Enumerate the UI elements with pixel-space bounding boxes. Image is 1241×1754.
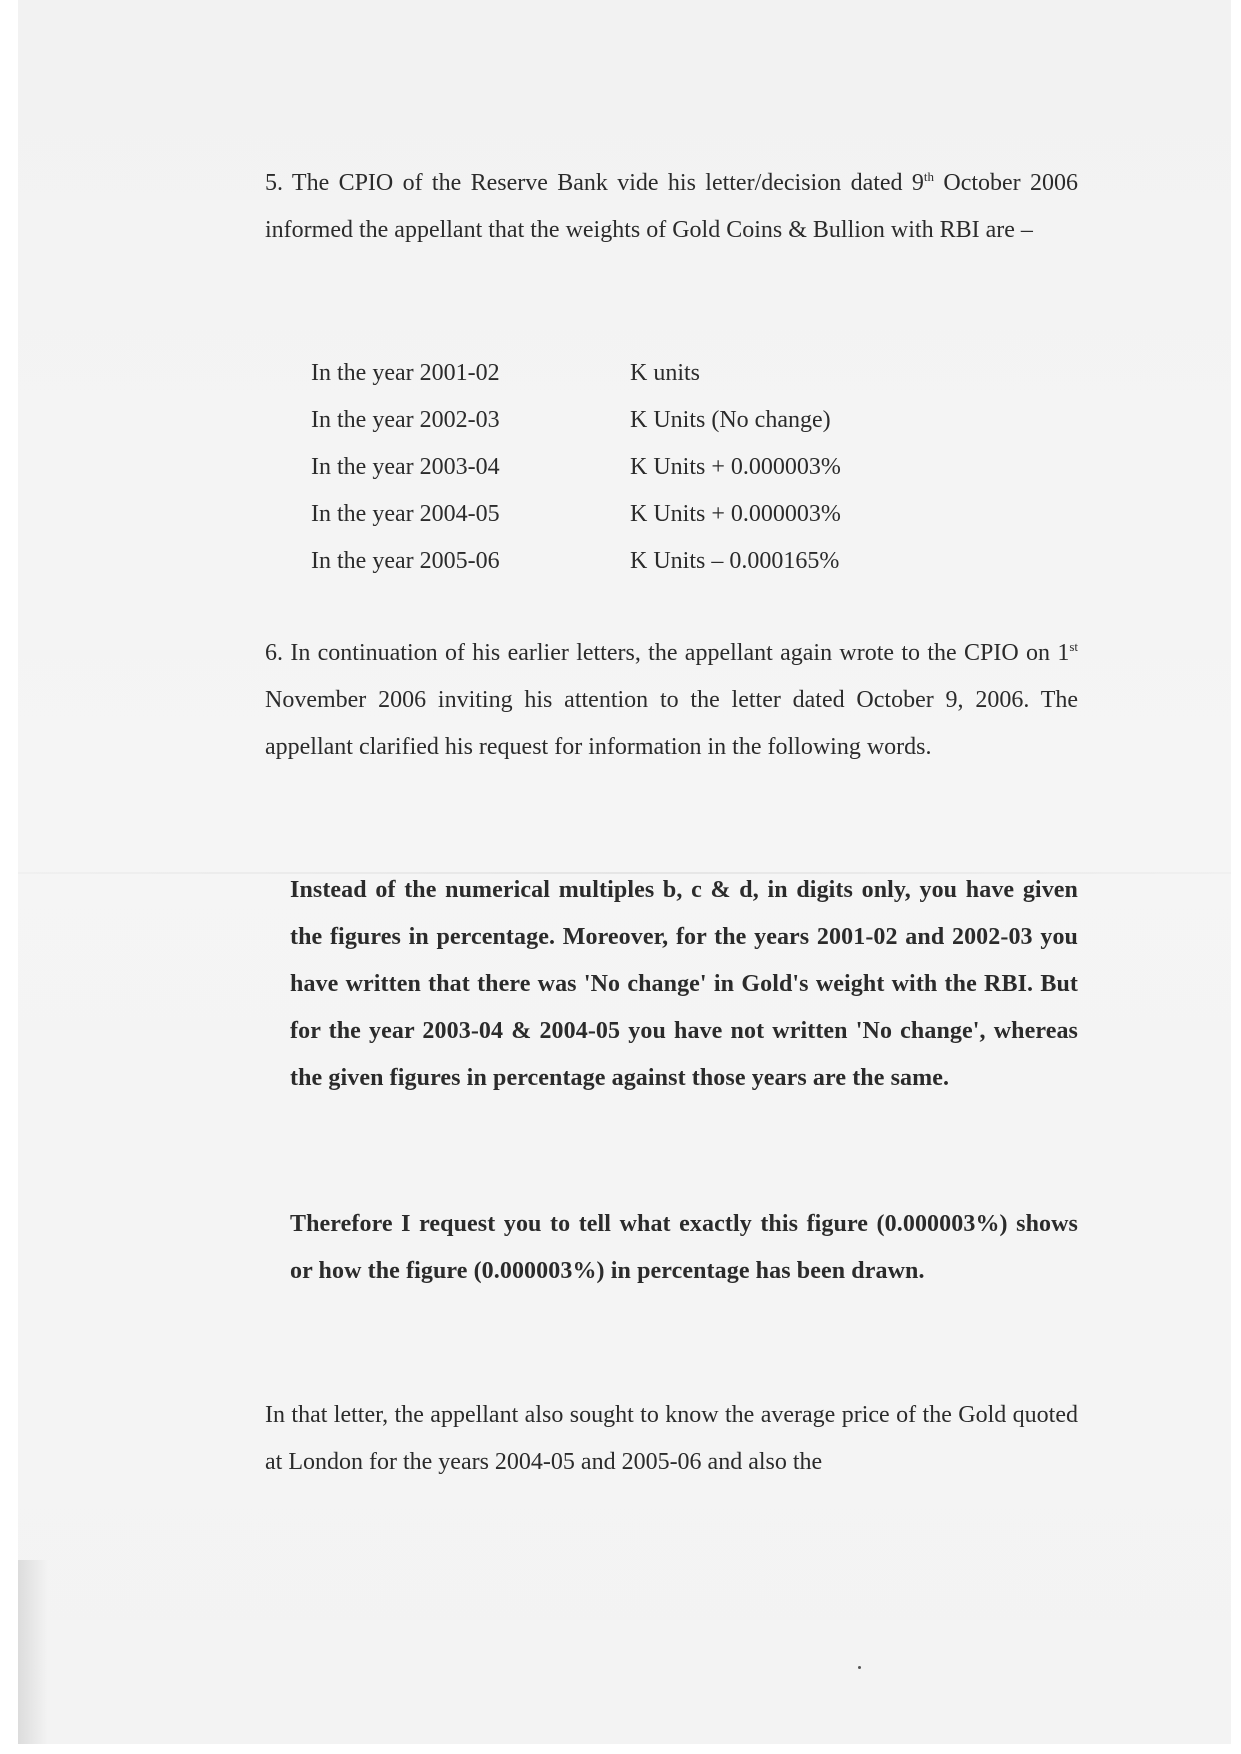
paragraph-5: 5. The CPIO of the Reserve Bank vide his… <box>265 160 1078 254</box>
table-row: In the year 2004-05 K Units + 0.000003% <box>311 491 930 538</box>
weight-cell: K Units + 0.000003% <box>630 501 930 528</box>
paragraph-6-text-b: November 2006 inviting his attention to … <box>265 687 1078 760</box>
scan-speck <box>858 1666 861 1669</box>
year-cell: In the year 2002-03 <box>311 407 630 434</box>
year-cell: In the year 2001-02 <box>311 360 630 387</box>
weight-cell: K Units (No change) <box>630 407 930 434</box>
weight-cell: K units <box>630 360 930 387</box>
table-row: In the year 2003-04 K Units + 0.000003% <box>311 444 930 491</box>
scan-edge-shadow <box>18 1560 48 1744</box>
table-row: In the year 2001-02 K units <box>311 350 930 397</box>
paragraph-7: In that letter, the appellant also sough… <box>265 1392 1078 1486</box>
quoted-request-1: Instead of the numerical multiples b, c … <box>290 867 1078 1102</box>
quoted-request-2: Therefore I request you to tell what exa… <box>290 1201 1078 1295</box>
year-cell: In the year 2005-06 <box>311 548 630 575</box>
year-cell: In the year 2003-04 <box>311 454 630 481</box>
paragraph-6-text-a: 6. In continuation of his earlier letter… <box>265 640 1069 666</box>
paragraph-6-superscript: st <box>1069 639 1078 654</box>
weight-cell: K Units – 0.000165% <box>630 548 930 575</box>
paragraph-6: 6. In continuation of his earlier letter… <box>265 630 1078 771</box>
table-row: In the year 2002-03 K Units (No change) <box>311 397 930 444</box>
table-row: In the year 2005-06 K Units – 0.000165% <box>311 538 930 585</box>
gold-weights-table: In the year 2001-02 K units In the year … <box>311 350 930 585</box>
year-cell: In the year 2004-05 <box>311 501 630 528</box>
paragraph-5-text-a: 5. The CPIO of the Reserve Bank vide his… <box>265 170 924 196</box>
paragraph-5-superscript: th <box>924 169 934 184</box>
weight-cell: K Units + 0.000003% <box>630 454 930 481</box>
